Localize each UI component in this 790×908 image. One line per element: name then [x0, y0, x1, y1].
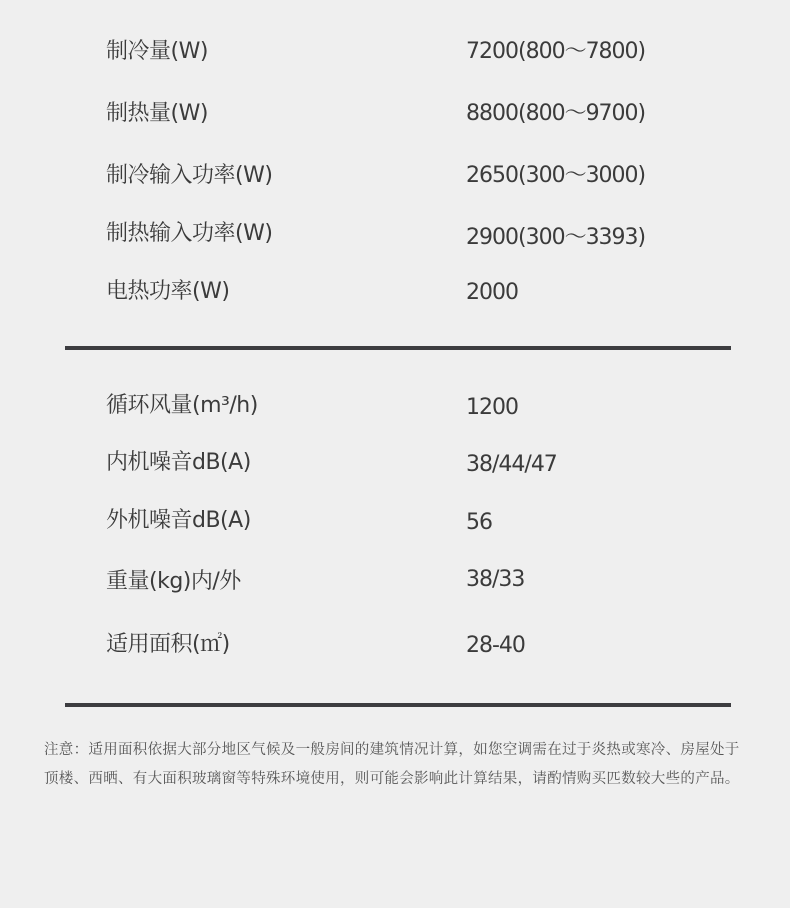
spec-row-air-flow: 循环风量(m³/h) 1200 — [0, 386, 790, 426]
section-divider — [65, 346, 731, 350]
spec-value: 2900(300～3393) — [466, 218, 645, 258]
spec-row-indoor-noise: 内机噪音dB(A) 38/44/47 — [0, 443, 790, 483]
section-divider — [65, 703, 731, 707]
spec-row-applicable-area: 适用面积(㎡) 28-40 — [0, 625, 790, 665]
spec-label: 电热功率(W) — [106, 272, 229, 312]
spec-label: 重量(kg)内/外 — [106, 562, 241, 602]
spec-label: 制冷输入功率(W) — [106, 156, 272, 196]
spec-label: 外机噪音dB(A) — [106, 501, 251, 541]
spec-row-weight: 重量(kg)内/外 38/33 — [0, 562, 790, 602]
spec-value: 1200 — [466, 388, 518, 428]
spec-row-electric-heating-power: 电热功率(W) 2000 — [0, 272, 790, 312]
spec-label: 制热量(W) — [106, 94, 208, 134]
spec-value: 2000 — [466, 273, 518, 313]
spec-value: 38/44/47 — [466, 445, 557, 485]
spec-value: 2650(300～3000) — [466, 156, 645, 196]
spec-label: 制冷量(W) — [106, 32, 208, 72]
spec-row-outdoor-noise: 外机噪音dB(A) 56 — [0, 501, 790, 541]
spec-label: 制热输入功率(W) — [106, 214, 272, 254]
spec-row-heating-capacity: 制热量(W) 8800(800～9700) — [0, 94, 790, 134]
spec-value: 56 — [466, 503, 492, 543]
spec-value: 38/33 — [466, 560, 524, 600]
spec-label: 内机噪音dB(A) — [106, 443, 251, 483]
spec-value: 7200(800～7800) — [466, 32, 645, 72]
spec-row-heating-input-power: 制热输入功率(W) 2900(300～3393) — [0, 214, 790, 254]
spec-value: 28-40 — [466, 626, 525, 666]
spec-label: 适用面积(㎡) — [106, 625, 230, 665]
disclaimer-note: 注意：适用面积依据大部分地区气候及一般房间的建筑情况计算，如您空调需在过于炎热或… — [44, 736, 754, 794]
spec-label: 循环风量(m³/h) — [106, 386, 258, 426]
spec-value: 8800(800～9700) — [466, 94, 645, 134]
spec-row-cooling-input-power: 制冷输入功率(W) 2650(300～3000) — [0, 156, 790, 196]
spec-row-cooling-capacity: 制冷量(W) 7200(800～7800) — [0, 32, 790, 72]
